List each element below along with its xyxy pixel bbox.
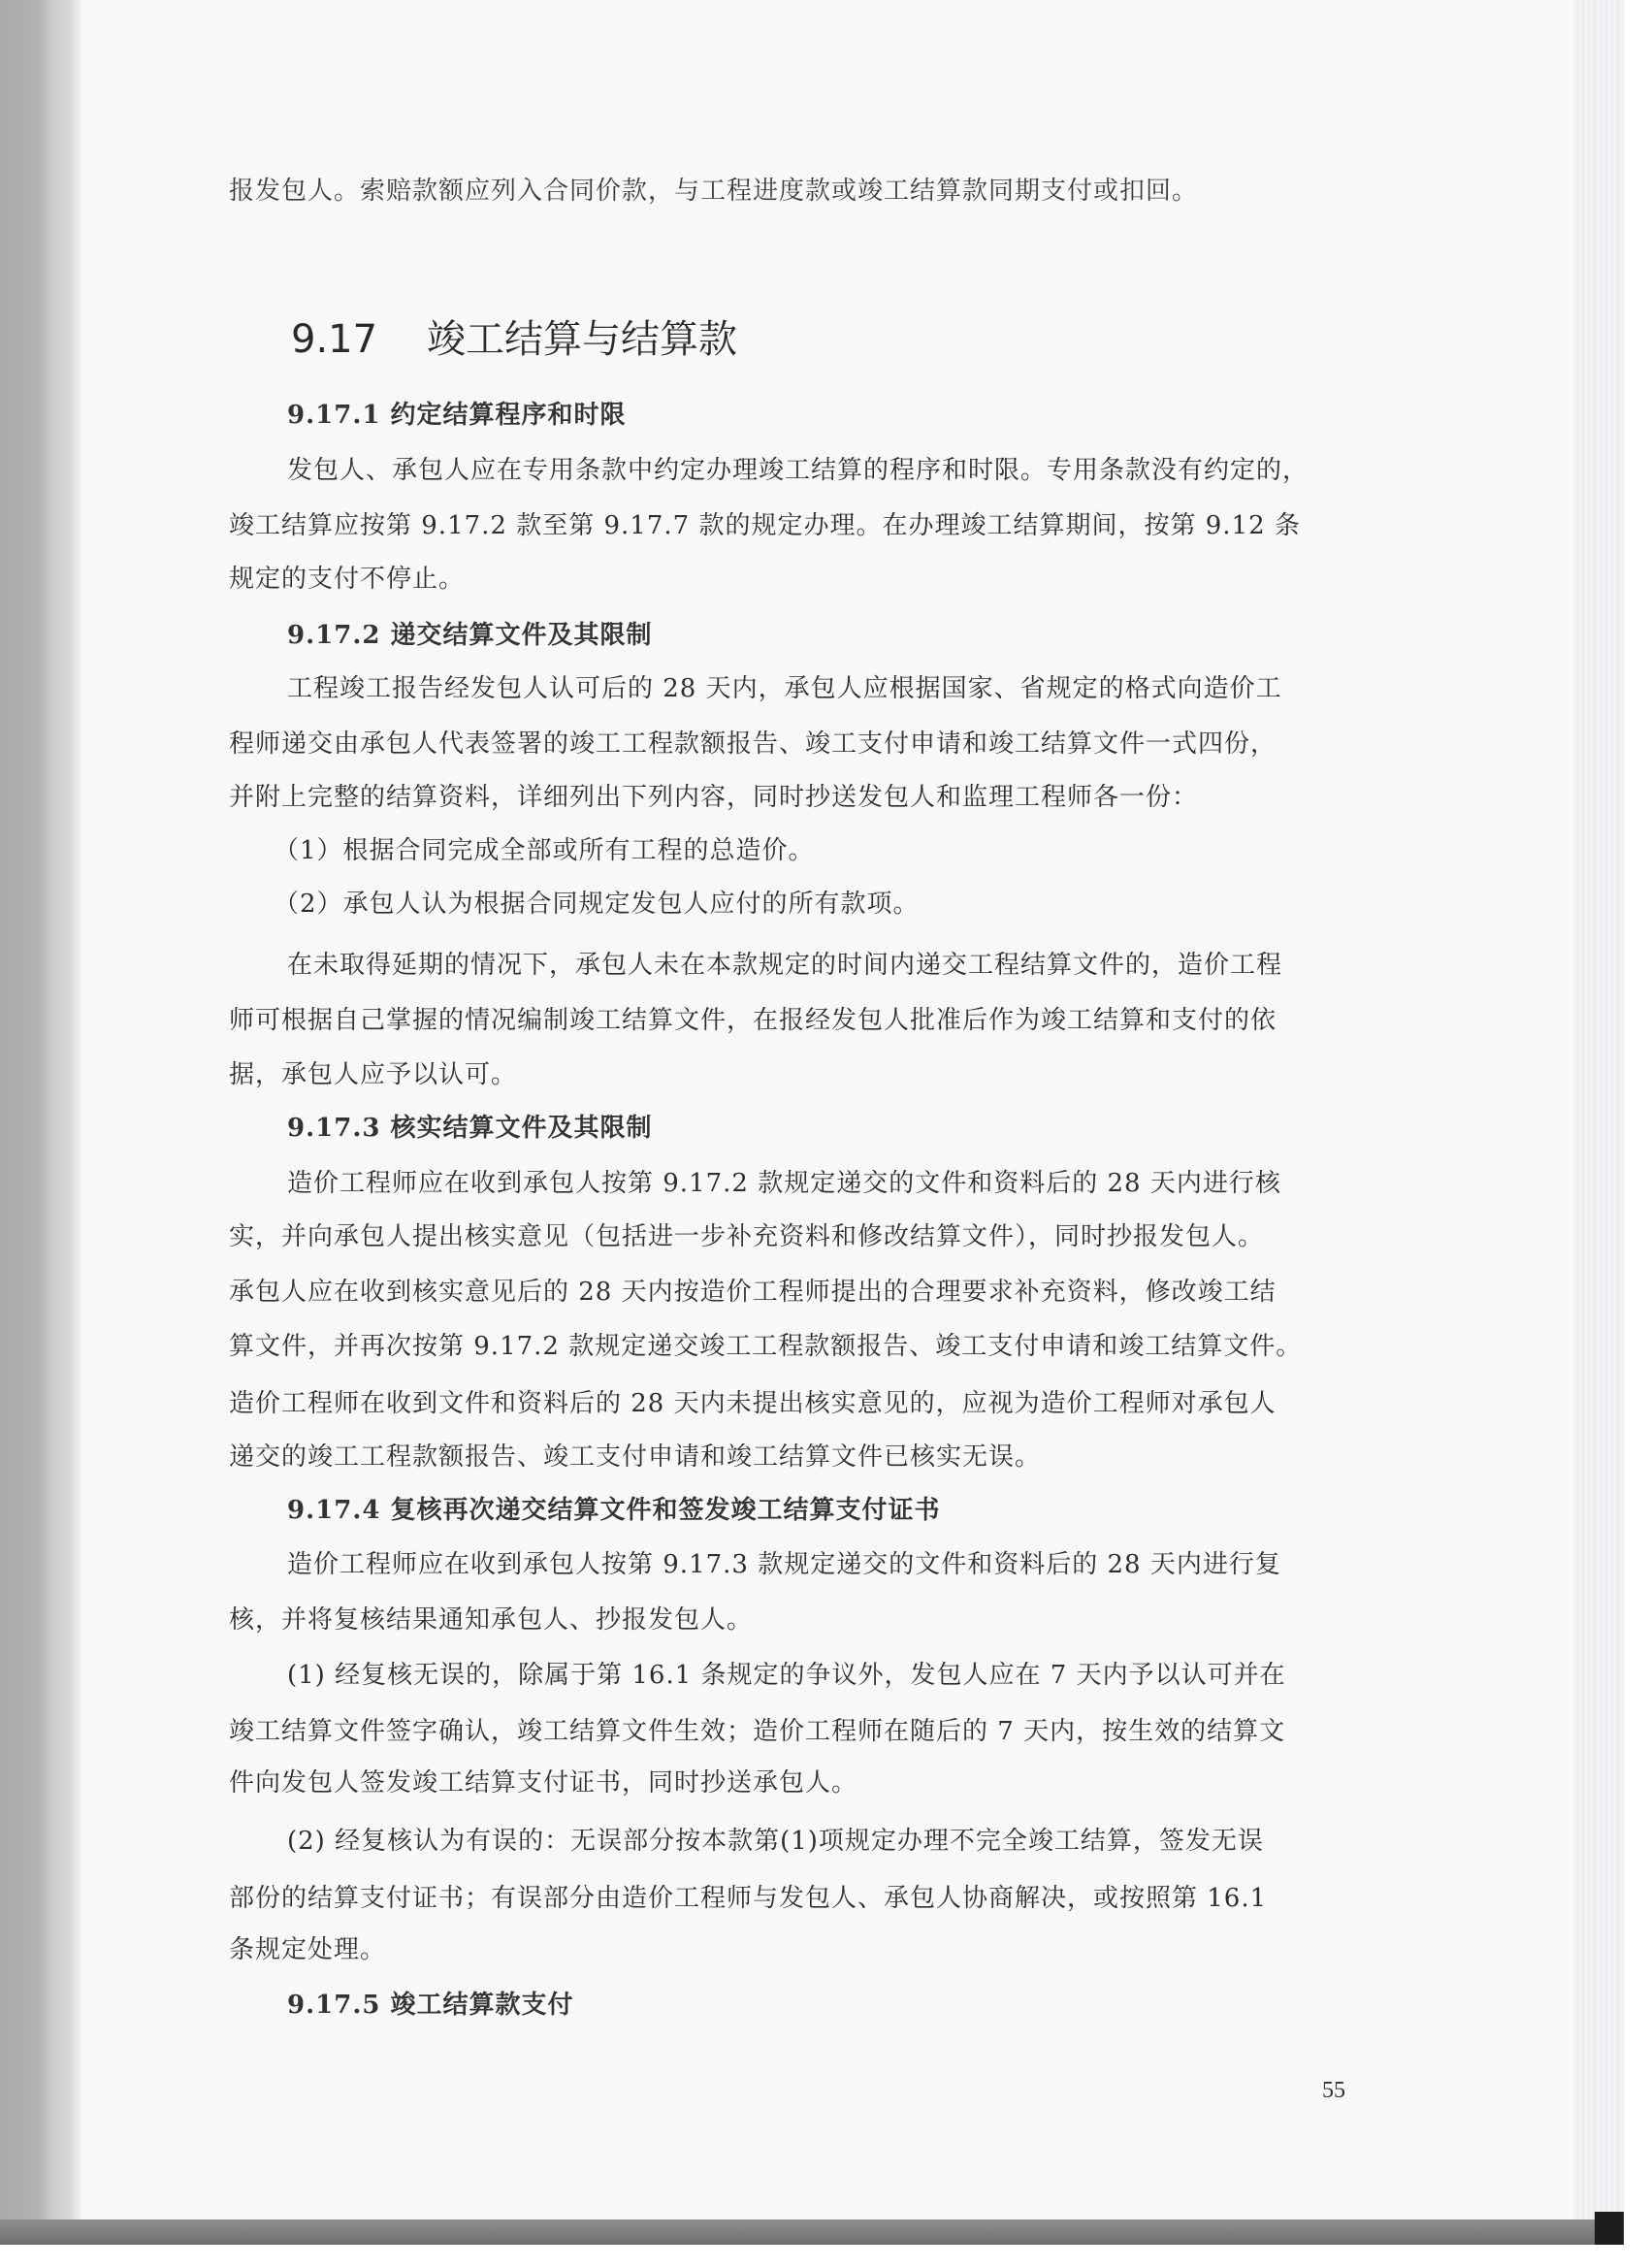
text-line: 在未取得延期的情况下，承包人未在本款规定的时间内递交工程结算文件的，造价工程 <box>287 951 1282 980</box>
scanner-corner-shadow <box>1595 2212 1624 2245</box>
text-line: (2) 经复核认为有误的：无误部分按本款第(1)项规定办理不完全竣工结算，签发无… <box>287 1827 1264 1856</box>
text-line: 实，并向承包人提出核实意见（包括进一步补充资料和修改结算文件），同时抄报发包人。 <box>229 1222 1264 1251</box>
text-line: (1) 经复核无误的，除属于第 16.1 条规定的争议外，发包人应在 7 天内予… <box>287 1661 1286 1690</box>
text-line: 造价工程师应在收到承包人按第 9.17.3 款规定递交的文件和资料后的 28 天… <box>287 1550 1281 1579</box>
text-line: 师可根据自己掌握的情况编制竣工结算文件，在报经发包人批准后作为竣工结算和支付的依 <box>229 1006 1277 1035</box>
text-line: 规定的支付不停止。 <box>229 565 465 594</box>
text-line: 工程竣工报告经发包人认可后的 28 天内，承包人应根据国家、省规定的格式向造价工 <box>287 674 1282 703</box>
text-line: 件向发包人签发竣工结算支付证书，同时抄送承包人。 <box>229 1768 857 1798</box>
text-line: 发包人、承包人应在专用条款中约定办理竣工结算的程序和时限。专用条款没有约定的， <box>287 456 1309 485</box>
text-line: 程师递交由承包人代表签署的竣工工程款额报告、竣工支付申请和竣工结算文件一式四份， <box>229 729 1277 759</box>
text-line: 报发包人。索赔款额应列入合同价款，与工程进度款或竣工结算款同期支付或扣回。 <box>229 177 1198 206</box>
section-heading: 9.17竣工结算与结算款 <box>291 316 737 363</box>
section-title: 竣工结算与结算款 <box>427 317 737 362</box>
text-line: （1）根据合同完成全部或所有工程的总造价。 <box>274 836 815 865</box>
section-number: 9.17 <box>291 316 427 363</box>
text-line: 造价工程师在收到文件和资料后的 28 天内未提出核实意见的，应视为造价工程师对承… <box>229 1389 1277 1418</box>
subsection-heading: 9.17.5 竣工结算款支付 <box>287 1991 574 2020</box>
page-number: 55 <box>1322 2078 1345 2104</box>
subsection-heading: 9.17.4 复核再次递交结算文件和签发竣工结算支付证书 <box>287 1496 941 1525</box>
text-line: 算文件，并再次按第 9.17.2 款规定递交竣工工程款额报告、竣工支付申请和竣工… <box>229 1332 1302 1361</box>
text-line: 承包人应在收到核实意见后的 28 天内按造价工程师提出的合理要求补充资料，修改竣… <box>229 1278 1277 1307</box>
subsection-heading: 9.17.2 递交结算文件及其限制 <box>287 621 653 650</box>
text-line: 条规定处理。 <box>229 1935 386 1964</box>
text-line: 并附上完整的结算资料，详细列出下列内容，同时抄送发包人和监理工程师各一份： <box>229 783 1198 812</box>
text-line: 据，承包人应予以认可。 <box>229 1060 517 1089</box>
book-binding-gutter <box>0 0 81 2244</box>
subsection-heading: 9.17.3 核实结算文件及其限制 <box>287 1114 653 1143</box>
text-line: 核，并将复核结果通知承包人、抄报发包人。 <box>229 1605 753 1635</box>
subsection-heading: 9.17.1 约定结算程序和时限 <box>287 401 627 430</box>
text-line: 竣工结算应按第 9.17.2 款至第 9.17.7 款的规定办理。在办理竣工结算… <box>229 511 1301 540</box>
text-line: （2）承包人认为根据合同规定发包人应付的所有款项。 <box>274 890 920 919</box>
text-line: 竣工结算文件签字确认，竣工结算文件生效；造价工程师在随后的 7 天内，按生效的结… <box>229 1717 1285 1746</box>
text-line: 造价工程师应在收到承包人按第 9.17.2 款规定递交的文件和资料后的 28 天… <box>287 1169 1281 1198</box>
text-line: 部份的结算支付证书；有误部分由造价工程师与发包人、承包人协商解决，或按照第 16… <box>229 1884 1267 1913</box>
text-line: 递交的竣工工程款额报告、竣工支付申请和竣工结算文件已核实无误。 <box>229 1442 1041 1472</box>
scanner-bottom-shadow <box>0 2219 1624 2245</box>
page-stack-edge <box>1573 0 1624 2221</box>
